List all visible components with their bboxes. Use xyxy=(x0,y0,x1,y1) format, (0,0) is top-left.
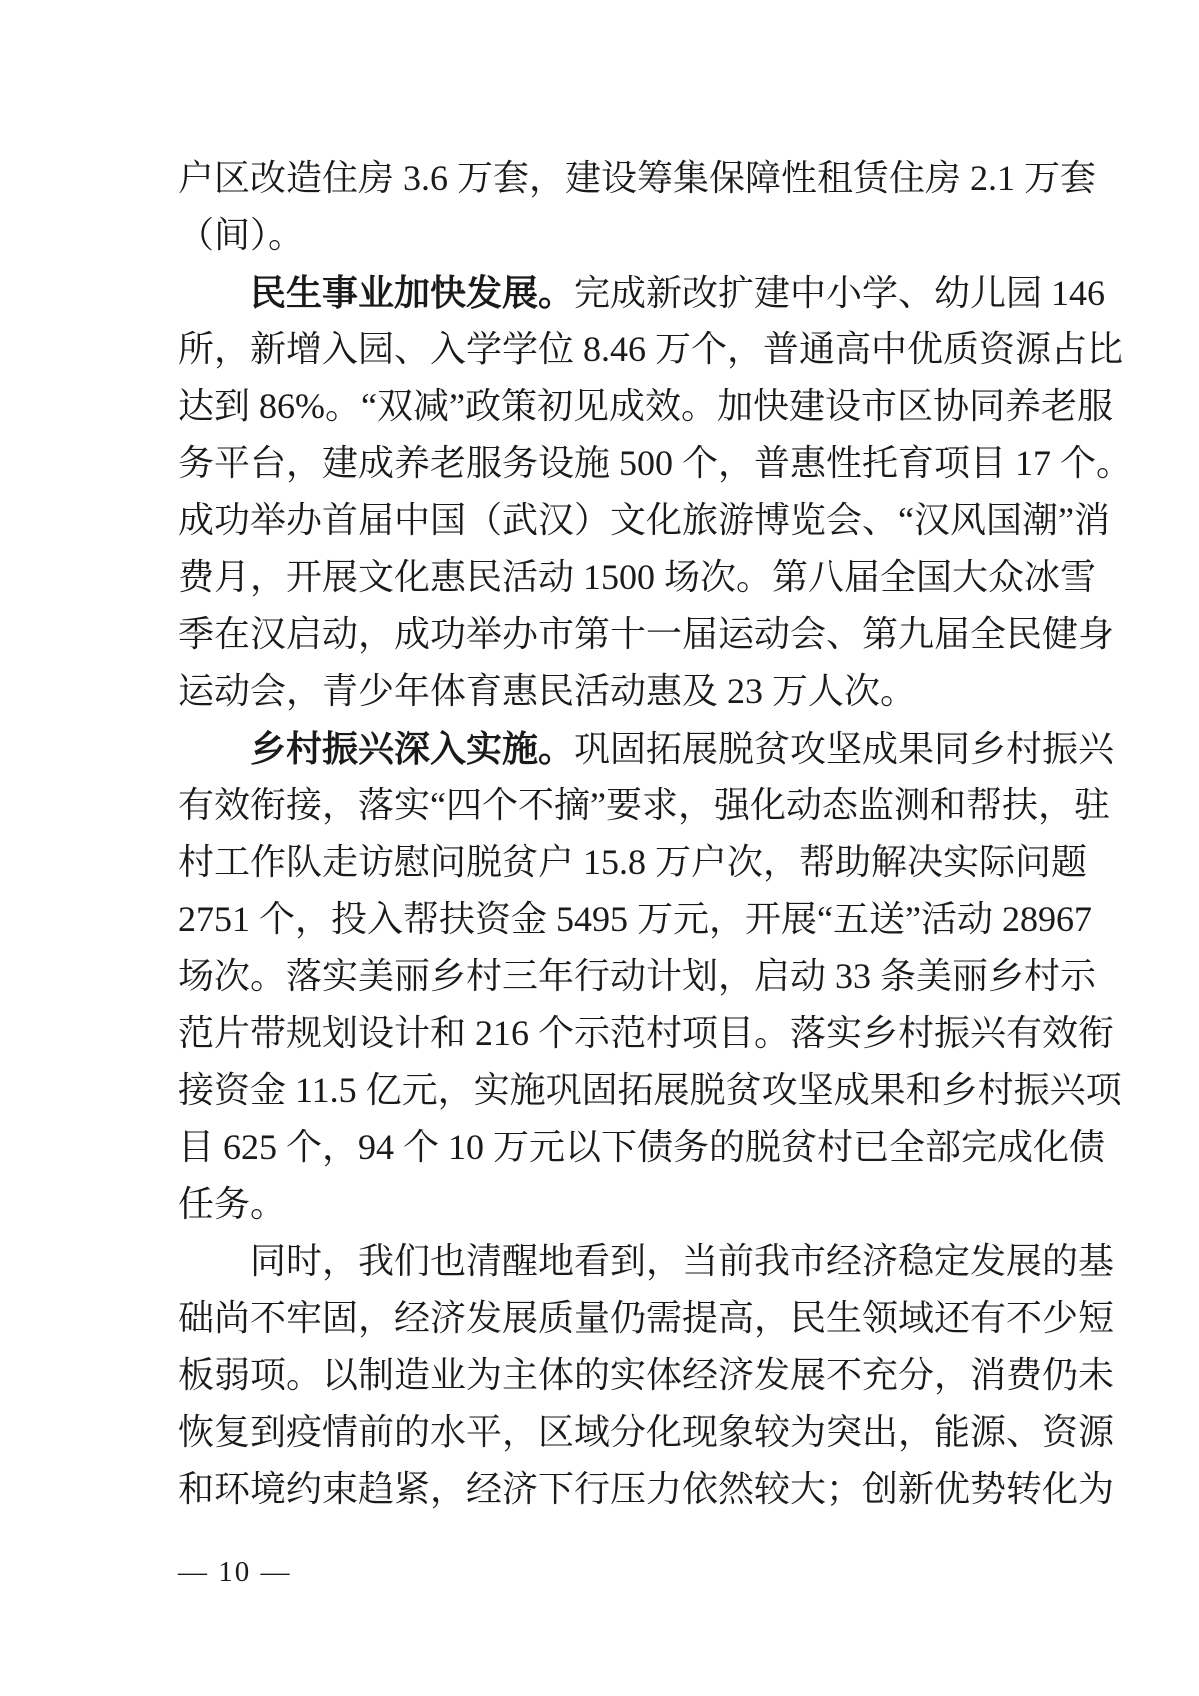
text-line: 接资金 11.5 亿元，实施巩固拓展脱贫攻坚成果和乡村振兴项 xyxy=(178,1062,1018,1119)
text-line: 所，新增入园、入学学位 8.46 万个，普通高中优质资源占比 xyxy=(178,321,1018,378)
page-footer: — 10 — xyxy=(178,1552,292,1592)
text-line: 民生事业加快发展。完成新改扩建中小学、幼儿园 146 xyxy=(178,264,1018,321)
text-line: 础尚不牢固，经济发展质量仍需提高，民生领域还有不少短 xyxy=(178,1290,1018,1347)
text-line: 任务。 xyxy=(178,1176,1018,1233)
text-line: 乡村振兴深入实施。巩固拓展脱贫攻坚成果同乡村振兴 xyxy=(178,720,1018,777)
text-line: 目 625 个，94 个 10 万元以下债务的脱贫村已全部完成化债 xyxy=(178,1119,1018,1176)
text-line: 板弱项。以制造业为主体的实体经济发展不充分，消费仍未 xyxy=(178,1347,1018,1404)
text-line: 和环境约束趋紧，经济下行压力依然较大；创新优势转化为 xyxy=(178,1461,1018,1518)
text-line: 达到 86%。“双减”政策初见成效。加快建设市区协同养老服 xyxy=(178,378,1018,435)
text-line: 户区改造住房 3.6 万套，建设筹集保障性租赁住房 2.1 万套 xyxy=(178,150,1018,207)
text-line: 有效衔接，落实“四个不摘”要求，强化动态监测和帮扶，驻 xyxy=(178,777,1018,834)
document-body: 户区改造住房 3.6 万套，建设筹集保障性租赁住房 2.1 万套 （间）。 民生… xyxy=(178,150,1018,1518)
text-line: （间）。 xyxy=(178,207,1018,264)
text-line: 2751 个，投入帮扶资金 5495 万元，开展“五送”活动 28967 xyxy=(178,891,1018,948)
text-line: 同时，我们也清醒地看到，当前我市经济稳定发展的基 xyxy=(178,1233,1018,1290)
text-line: 务平台，建成养老服务设施 500 个，普惠性托育项目 17 个。 xyxy=(178,435,1018,492)
text-line: 成功举办首届中国（武汉）文化旅游博览会、“汉风国潮”消 xyxy=(178,492,1018,549)
page-number: — 10 — xyxy=(178,1556,292,1588)
text-line: 场次。落实美丽乡村三年行动计划，启动 33 条美丽乡村示 xyxy=(178,948,1018,1005)
paragraph-heading: 乡村振兴深入实施。 xyxy=(250,728,574,769)
text-line: 季在汉启动，成功举办市第十一届运动会、第九届全民健身 xyxy=(178,606,1018,663)
text-run: 巩固拓展脱贫攻坚成果同乡村振兴 xyxy=(574,729,1114,769)
paragraph-heading: 民生事业加快发展。 xyxy=(250,272,574,313)
text-line: 村工作队走访慰问脱贫户 15.8 万户次，帮助解决实际问题 xyxy=(178,834,1018,891)
document-page: 户区改造住房 3.6 万套，建设筹集保障性租赁住房 2.1 万套 （间）。 民生… xyxy=(0,0,1199,1696)
text-line: 运动会，青少年体育惠民活动惠及 23 万人次。 xyxy=(178,663,1018,720)
text-run: 完成新改扩建中小学、幼儿园 146 xyxy=(574,273,1105,313)
text-line: 费月，开展文化惠民活动 1500 场次。第八届全国大众冰雪 xyxy=(178,549,1018,606)
text-line: 恢复到疫情前的水平，区域分化现象较为突出，能源、资源 xyxy=(178,1404,1018,1461)
text-line: 范片带规划设计和 216 个示范村项目。落实乡村振兴有效衔 xyxy=(178,1005,1018,1062)
